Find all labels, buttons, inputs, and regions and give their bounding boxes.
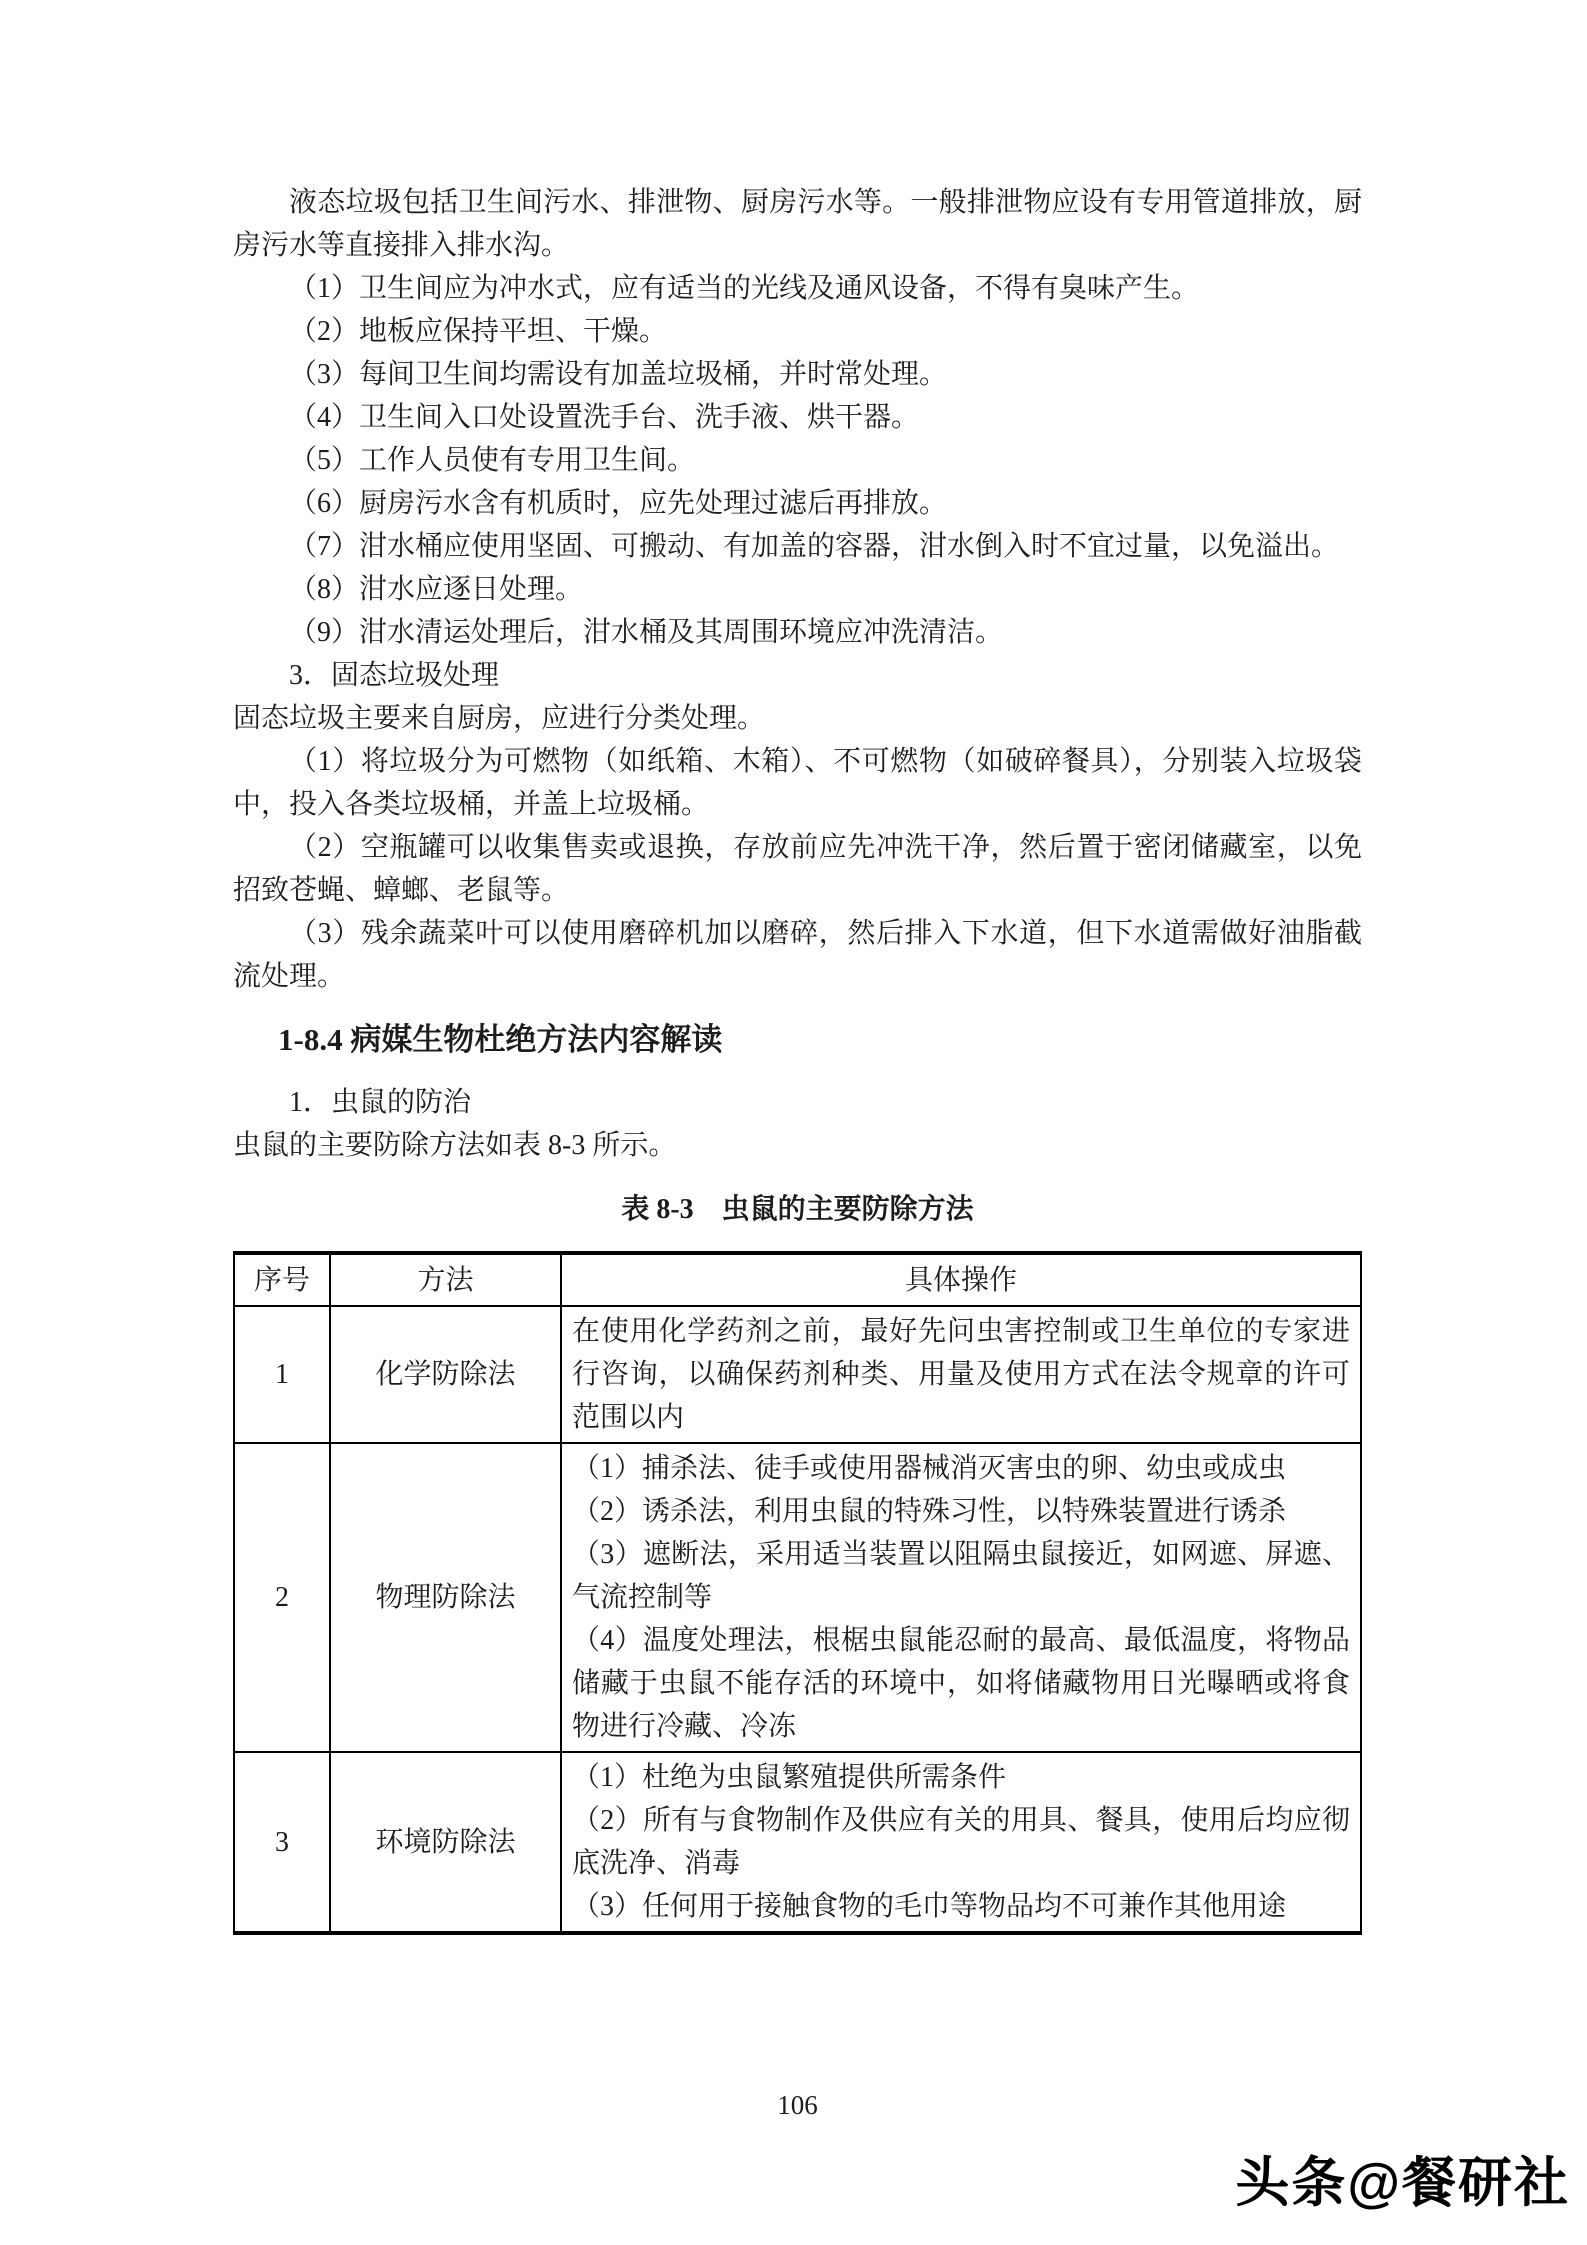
cell-detail: （1）杜绝为虫鼠繁殖提供所需条件 （2）所有与食物制作及供应有关的用具、餐具，使…: [561, 1752, 1361, 1933]
cell-no: 3: [234, 1752, 330, 1933]
list-item: （3）残余蔬菜叶可以使用磨碎机加以磨碎，然后排入下水道，但下水道需做好油脂截流处…: [233, 912, 1362, 998]
list-item: （1）卫生间应为冲水式，应有适当的光线及通风设备，不得有臭味产生。: [233, 267, 1362, 310]
list-item: （2）空瓶罐可以收集售卖或退换，存放前应先冲洗干净，然后置于密闭储藏室，以免招致…: [233, 826, 1362, 912]
table-row: 2 物理防除法 （1）捕杀法、徒手或使用器械消灭害虫的卵、幼虫或成虫 （2）诱杀…: [234, 1443, 1361, 1752]
list-item: （3）每间卫生间均需设有加盖垃圾桶，并时常处理。: [233, 353, 1362, 396]
document-body: 液态垃圾包括卫生间污水、排泄物、厨房污水等。一般排泄物应设有专用管道排放，厨房污…: [233, 181, 1362, 1935]
table-caption: 表 8-3 虫鼠的主要防除方法: [233, 1188, 1362, 1231]
page-number: 106: [233, 2084, 1362, 2127]
cell-method: 化学防除法: [330, 1306, 561, 1443]
header-cell-detail: 具体操作: [561, 1253, 1361, 1306]
cell-no: 1: [234, 1306, 330, 1443]
subsection-intro: 虫鼠的主要防除方法如表 8-3 所示。: [233, 1124, 1362, 1167]
subsection-title: 1．虫鼠的防治: [233, 1081, 1362, 1124]
list-item: （5）工作人员使有专用卫生间。: [233, 439, 1362, 482]
section-heading: 1-8.4 病媒生物杜绝方法内容解读: [278, 1018, 1362, 1062]
subsection-intro: 固态垃圾主要来自厨房，应进行分类处理。: [233, 697, 1362, 740]
header-cell-method: 方法: [330, 1253, 561, 1306]
cell-detail: （1）捕杀法、徒手或使用器械消灭害虫的卵、幼虫或成虫 （2）诱杀法，利用虫鼠的特…: [561, 1443, 1361, 1752]
watermark: 头条@餐研社: [1235, 2140, 1570, 2217]
list-item: （9）泔水清运处理后，泔水桶及其周围环境应冲洗清洁。: [233, 611, 1362, 654]
list-item: （4）卫生间入口处设置洗手台、洗手液、烘干器。: [233, 396, 1362, 439]
list-item: （8）泔水应逐日处理。: [233, 568, 1362, 611]
cell-method: 物理防除法: [330, 1443, 561, 1752]
list-item: （2）地板应保持平坦、干燥。: [233, 310, 1362, 353]
pest-control-table: 序号 方法 具体操作 1 化学防除法 在使用化学药剂之前，最好先问虫害控制或卫生…: [233, 1251, 1362, 1935]
table-row: 3 环境防除法 （1）杜绝为虫鼠繁殖提供所需条件 （2）所有与食物制作及供应有关…: [234, 1752, 1361, 1933]
header-cell-no: 序号: [234, 1253, 330, 1306]
list-item: （7）泔水桶应使用坚固、可搬动、有加盖的容器，泔水倒入时不宜过量，以免溢出。: [233, 525, 1362, 568]
cell-no: 2: [234, 1443, 330, 1752]
intro-paragraph: 液态垃圾包括卫生间污水、排泄物、厨房污水等。一般排泄物应设有专用管道排放，厨房污…: [233, 181, 1362, 267]
subsection-title: 3．固态垃圾处理: [233, 654, 1362, 697]
table-header-row: 序号 方法 具体操作: [234, 1253, 1361, 1306]
list-item: （6）厨房污水含有机质时，应先处理过滤后再排放。: [233, 482, 1362, 525]
list-item: （1）将垃圾分为可燃物（如纸箱、木箱）、不可燃物（如破碎餐具），分别装入垃圾袋中…: [233, 740, 1362, 826]
cell-method: 环境防除法: [330, 1752, 561, 1933]
table-row: 1 化学防除法 在使用化学药剂之前，最好先问虫害控制或卫生单位的专家进行咨询，以…: [234, 1306, 1361, 1443]
cell-detail: 在使用化学药剂之前，最好先问虫害控制或卫生单位的专家进行咨询，以确保药剂种类、用…: [561, 1306, 1361, 1443]
